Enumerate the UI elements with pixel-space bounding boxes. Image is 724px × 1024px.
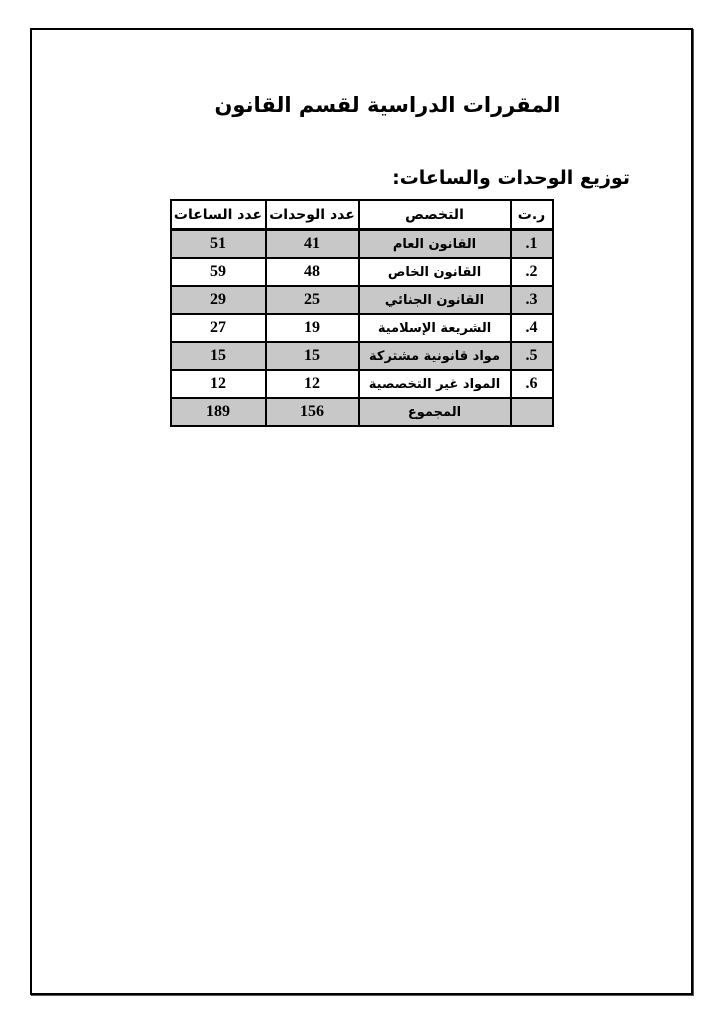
units-cell: 48	[266, 258, 359, 286]
table-row: 3. القانون الجنائي 25 29	[171, 286, 553, 314]
hours-cell: 12	[171, 370, 266, 398]
hours-total-cell: 189	[171, 398, 266, 426]
page-border: المقررات الدراسية لقسم القانون توزيع الو…	[30, 28, 693, 995]
hours-cell: 59	[171, 258, 266, 286]
hours-cell: 27	[171, 314, 266, 342]
serial-cell: 4.	[511, 314, 553, 342]
section-heading: توزيع الوحدات والساعات:	[32, 167, 691, 189]
specialization-cell: مواد قانونية مشتركة	[359, 342, 511, 370]
specialization-cell: المواد غير التخصصية	[359, 370, 511, 398]
specialization-cell: القانون العام	[359, 230, 511, 259]
serial-cell: 2.	[511, 258, 553, 286]
header-serial: ر.ت	[511, 200, 553, 230]
table-row: 2. القانون الخاص 48 59	[171, 258, 553, 286]
header-specialization: التخصص	[359, 200, 511, 230]
units-cell: 19	[266, 314, 359, 342]
table-header-row: ر.ت التخصص عدد الوحدات عدد الساعات	[171, 200, 553, 230]
serial-cell: 3.	[511, 286, 553, 314]
units-cell: 15	[266, 342, 359, 370]
specialization-cell: القانون الجنائي	[359, 286, 511, 314]
document-title: المقررات الدراسية لقسم القانون	[58, 93, 717, 117]
specialization-cell: القانون الخاص	[359, 258, 511, 286]
units-total-cell: 156	[266, 398, 359, 426]
table-row: 1. القانون العام 41 51	[171, 230, 553, 259]
hours-cell: 15	[171, 342, 266, 370]
serial-cell: 1.	[511, 230, 553, 259]
units-cell: 41	[266, 230, 359, 259]
header-units: عدد الوحدات	[266, 200, 359, 230]
table-row: 4. الشريعة الإسلامية 19 27	[171, 314, 553, 342]
hours-cell: 29	[171, 286, 266, 314]
serial-cell: 5.	[511, 342, 553, 370]
units-cell: 12	[266, 370, 359, 398]
table-row: 5. مواد قانونية مشتركة 15 15	[171, 342, 553, 370]
units-cell: 25	[266, 286, 359, 314]
hours-cell: 51	[171, 230, 266, 259]
table-total-row: المجموع 156 189	[171, 398, 553, 426]
table-row: 6. المواد غير التخصصية 12 12	[171, 370, 553, 398]
header-hours: عدد الساعات	[171, 200, 266, 230]
specialization-cell: الشريعة الإسلامية	[359, 314, 511, 342]
serial-cell: 6.	[511, 370, 553, 398]
units-hours-table: ر.ت التخصص عدد الوحدات عدد الساعات 1. ال…	[170, 199, 554, 427]
serial-cell	[511, 398, 553, 426]
total-label-cell: المجموع	[359, 398, 511, 426]
